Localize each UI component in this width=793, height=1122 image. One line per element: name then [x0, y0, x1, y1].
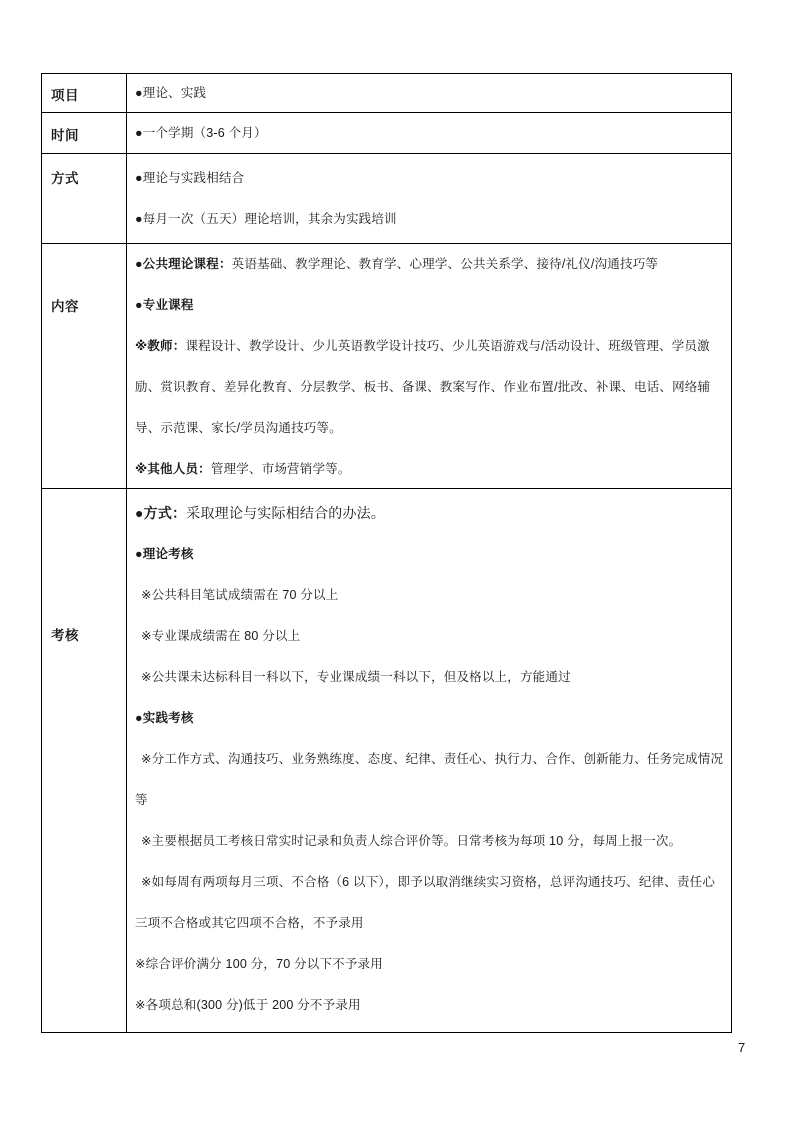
paragraph: ●一个学期（3-6 个月）: [135, 113, 727, 153]
paragraph-text: ●每月一次（五天）理论培训，其余为实践培训: [135, 212, 397, 226]
paragraph: ※各项总和(300 分)低于 200 分不予录用: [135, 985, 727, 1026]
paragraph-text: ●理论与实践相结合: [135, 171, 244, 185]
paragraph-text: 管理学、市场营销学等。: [211, 462, 351, 476]
paragraph: ●理论、实践: [135, 74, 727, 112]
table-row-assessment: 考核 ●方式：采取理论与实际相结合的办法。 ●理论考核 ※公共科目笔试成绩需在 …: [42, 489, 731, 1032]
row-label-assessment: 考核: [42, 489, 127, 1032]
paragraph: ※教师：课程设计、教学设计、少儿英语教学设计技巧、少儿英语游戏与/活动设计、班级…: [135, 326, 727, 449]
table-row-project: 项目 ●理论、实践: [42, 74, 731, 113]
paragraph: ●方式：采取理论与实际相结合的办法。: [135, 493, 727, 534]
paragraph-lead: ●专业课程: [135, 298, 194, 312]
row-content-project: ●理论、实践: [127, 74, 731, 112]
paragraph-text: 课程设计、教学设计、少儿英语教学设计技巧、少儿英语游戏与/活动设计、班级管理、学…: [135, 339, 710, 435]
paragraph: ※专业课成绩需在 80 分以上: [135, 616, 727, 657]
paragraph: ※综合评价满分 100 分，70 分以下不予录用: [135, 944, 727, 985]
paragraph: ※分工作方式、沟通技巧、业务熟练度、态度、纪律、责任心、执行力、合作、创新能力、…: [135, 739, 727, 821]
row-label-time: 时间: [42, 113, 127, 153]
paragraph: ●专业课程: [135, 285, 727, 326]
paragraph-text: ※各项总和(300 分)低于 200 分不予录用: [135, 998, 361, 1012]
row-content-time: ●一个学期（3-6 个月）: [127, 113, 731, 153]
row-label-project: 项目: [42, 74, 127, 112]
paragraph: ●实践考核: [135, 698, 727, 739]
table-row-method: 方式 ●理论与实践相结合 ●每月一次（五天）理论培训，其余为实践培训: [42, 154, 731, 244]
paragraph: ※公共科目笔试成绩需在 70 分以上: [135, 575, 727, 616]
paragraph: ●理论与实践相结合: [135, 158, 727, 199]
paragraph: ※主要根据员工考核日常实时记录和负责人综合评价等。日常考核为每项 10 分，每周…: [135, 821, 727, 862]
paragraph-text: ※如每周有两项每月三项、不合格（6 以下），即予以取消继续实习资格，总评沟通技巧…: [135, 875, 715, 930]
paragraph-text: ※公共课未达标科目一科以下，专业课成绩一科以下，但及格以上，方能通过: [141, 670, 571, 684]
page-number: 7: [738, 1040, 745, 1055]
paragraph: ●理论考核: [135, 534, 727, 575]
paragraph-text: ※主要根据员工考核日常实时记录和负责人综合评价等。日常考核为每项 10 分，每周…: [141, 834, 681, 848]
paragraph-text: 采取理论与实际相结合的办法。: [186, 505, 385, 521]
paragraph-text: ※专业课成绩需在 80 分以上: [141, 629, 300, 643]
paragraph-lead: ●公共理论课程：: [135, 257, 232, 271]
training-program-table: 项目 ●理论、实践 时间 ●一个学期（3-6 个月） 方式 ●理论与实践相结合 …: [41, 73, 732, 1033]
paragraph-text: ※公共科目笔试成绩需在 70 分以上: [141, 588, 338, 602]
paragraph: ●每月一次（五天）理论培训，其余为实践培训: [135, 199, 727, 240]
paragraph-lead: ●实践考核: [135, 711, 194, 725]
row-content-method: ●理论与实践相结合 ●每月一次（五天）理论培训，其余为实践培训: [127, 154, 731, 243]
paragraph-text: ※分工作方式、沟通技巧、业务熟练度、态度、纪律、责任心、执行力、合作、创新能力、…: [135, 752, 723, 807]
paragraph: ●公共理论课程：英语基础、教学理论、教育学、心理学、公共关系学、接待/礼仪/沟通…: [135, 244, 727, 285]
paragraph-lead: ※教师：: [135, 339, 185, 353]
row-label-content: 内容: [42, 244, 127, 488]
paragraph-text: ●理论、实践: [135, 86, 206, 100]
paragraph: ※公共课未达标科目一科以下，专业课成绩一科以下，但及格以上，方能通过: [135, 657, 727, 698]
paragraph-lead: ※其他人员：: [135, 462, 211, 476]
paragraph-lead: ●方式：: [135, 505, 186, 521]
table-row-time: 时间 ●一个学期（3-6 个月）: [42, 113, 731, 154]
paragraph: ※如每周有两项每月三项、不合格（6 以下），即予以取消继续实习资格，总评沟通技巧…: [135, 862, 727, 944]
document-page: 项目 ●理论、实践 时间 ●一个学期（3-6 个月） 方式 ●理论与实践相结合 …: [0, 0, 793, 1122]
row-label-method: 方式: [42, 154, 127, 243]
paragraph-lead: ●理论考核: [135, 547, 194, 561]
row-content-content: ●公共理论课程：英语基础、教学理论、教育学、心理学、公共关系学、接待/礼仪/沟通…: [127, 244, 731, 488]
row-content-assessment: ●方式：采取理论与实际相结合的办法。 ●理论考核 ※公共科目笔试成绩需在 70 …: [127, 489, 731, 1032]
paragraph-text: ●一个学期（3-6 个月）: [135, 126, 267, 140]
table-row-content: 内容 ●公共理论课程：英语基础、教学理论、教育学、心理学、公共关系学、接待/礼仪…: [42, 244, 731, 489]
paragraph-text: 英语基础、教学理论、教育学、心理学、公共关系学、接待/礼仪/沟通技巧等: [232, 257, 658, 271]
paragraph: ※其他人员：管理学、市场营销学等。: [135, 449, 727, 488]
paragraph-text: ※综合评价满分 100 分，70 分以下不予录用: [135, 957, 383, 971]
